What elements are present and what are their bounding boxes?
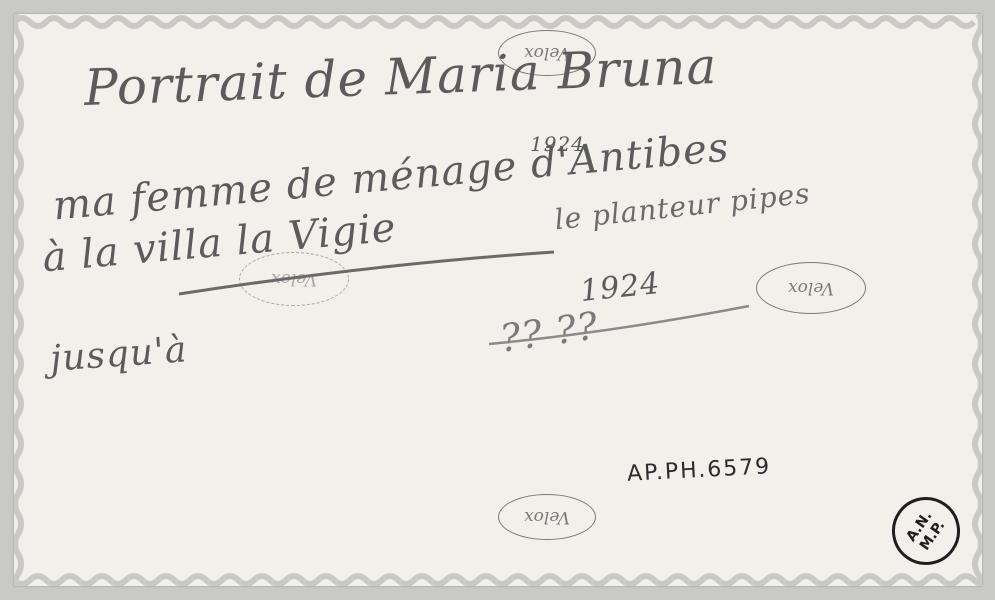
- photo-card-verso: Velox Velox Velox Velox Portrait de Mari…: [14, 14, 982, 586]
- underline-strokes: [14, 14, 982, 586]
